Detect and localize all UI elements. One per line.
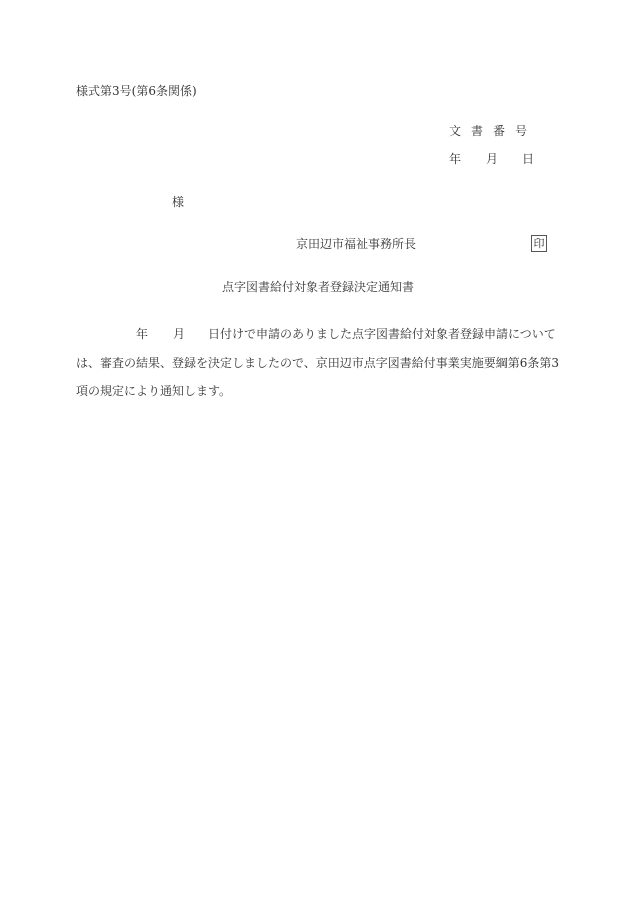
form-label: 様式第3号(第6条関係) xyxy=(76,84,197,98)
doc-number-char: 書 xyxy=(471,124,493,138)
body-line-1: 年月日付けで申請のありました点字図書給付対象者登録申請について xyxy=(76,327,556,341)
seal-mark: 印 xyxy=(531,235,547,252)
doc-number-char: 番 xyxy=(493,124,515,138)
document-number-label: 文書番号 xyxy=(449,124,527,138)
doc-number-char: 文 xyxy=(449,124,471,138)
date-year-label: 年 xyxy=(449,152,486,166)
document-date: 年月日 xyxy=(449,152,534,166)
body-line-1-text: 日付けで申請のありました点字図書給付対象者登録申請について xyxy=(208,327,556,341)
doc-number-char: 号 xyxy=(515,124,527,138)
body-line-2: は、審査の結果、登録を決定しましたので、京田辺市点字図書給付事業実施要綱第6条第… xyxy=(76,356,559,370)
date-day-label: 日 xyxy=(522,152,534,166)
body-year-label: 年 xyxy=(136,327,173,341)
body-month-label: 月 xyxy=(173,327,208,341)
document-title: 点字図書給付対象者登録決定通知書 xyxy=(222,280,414,294)
date-month-label: 月 xyxy=(486,152,522,166)
body-line-3: 項の規定により通知します。 xyxy=(76,384,231,398)
addressee-suffix: 様 xyxy=(172,195,184,209)
issuer-name: 京田辺市福祉事務所長 xyxy=(296,237,416,251)
